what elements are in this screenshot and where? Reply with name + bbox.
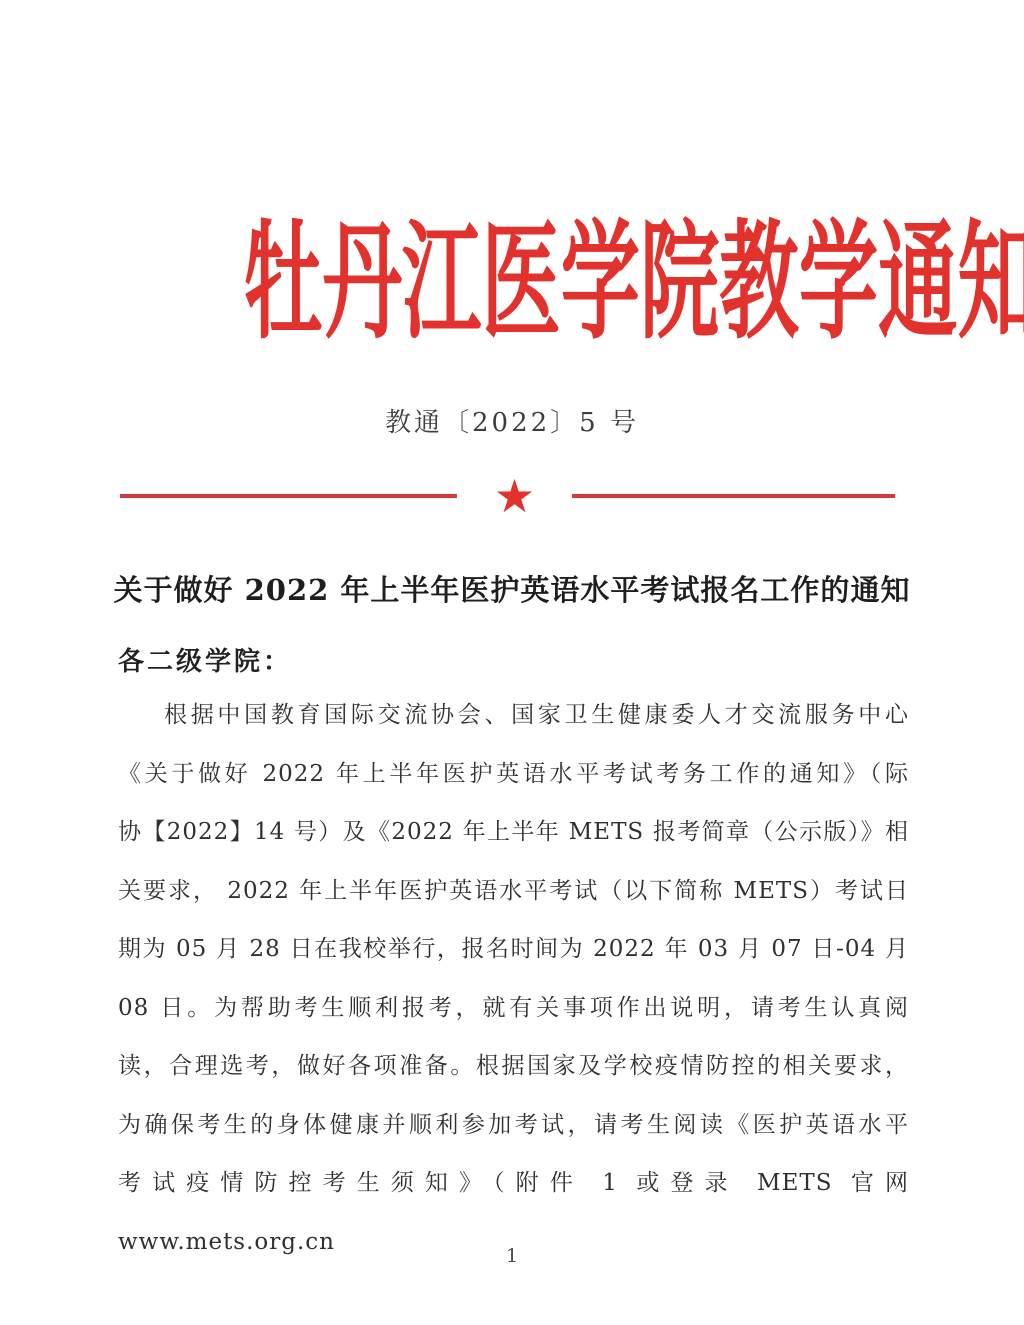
divider-rule-right <box>572 494 895 498</box>
notice-content: 关于做好 2022 年上半年医护英语水平考试报名工作的通知 各二级学院： 根据中… <box>0 570 1024 1271</box>
body-text-line: 为确保考生的身体健康并顺利参加考试，请考生阅读《医护英语水平 <box>118 1096 909 1155</box>
body-text-line: 关要求， 2022 年上半年医护英语水平考试（以下简称 METS）考试日 <box>118 862 909 921</box>
star-icon: ★ <box>494 472 535 520</box>
body-text-line: 读，合理选考，做好各项准备。根据国家及学校疫情防控的相关要求， <box>118 1037 909 1096</box>
body-text-line: 协【2022】14 号）及《2022 年上半年 METS 报考简章（公示版）》相 <box>118 803 909 862</box>
body-text-line: 《关于做好 2022 年上半年医护英语水平考试考务工作的通知》（际 <box>118 745 909 804</box>
notice-body: 根据中国教育国际交流协会、国家卫生健康委人才交流服务中心《关于做好 2022 年… <box>118 686 909 1271</box>
page-number: 1 <box>0 1245 1024 1267</box>
body-text-line: 08 日。为帮助考生顺利报考，就有关事项作出说明，请考生认真阅 <box>118 979 909 1038</box>
masthead-divider: ★ <box>120 472 895 520</box>
document-masthead: 牡丹江医学院教学通知 教通〔2022〕5 号 ★ <box>0 0 1024 520</box>
divider-rule-left <box>120 494 457 498</box>
document-number: 教通〔2022〕5 号 <box>0 406 1024 440</box>
body-text-line: 根据中国教育国际交流协会、国家卫生健康委人才交流服务中心 <box>118 686 909 745</box>
body-text-line: 期为 05 月 28 日在我校举行，报名时间为 2022 年 03 月 07 日… <box>118 920 909 979</box>
notice-salutation: 各二级学院： <box>118 644 909 680</box>
document-page: 牡丹江医学院教学通知 教通〔2022〕5 号 ★ 关于做好 2022 年上半年医… <box>0 0 1024 1325</box>
document-title-row: 牡丹江医学院教学通知 <box>0 0 1024 348</box>
notice-subject: 关于做好 2022 年上半年医护英语水平考试报名工作的通知 <box>0 570 1024 610</box>
document-title: 牡丹江医学院教学通知 <box>243 216 1024 348</box>
